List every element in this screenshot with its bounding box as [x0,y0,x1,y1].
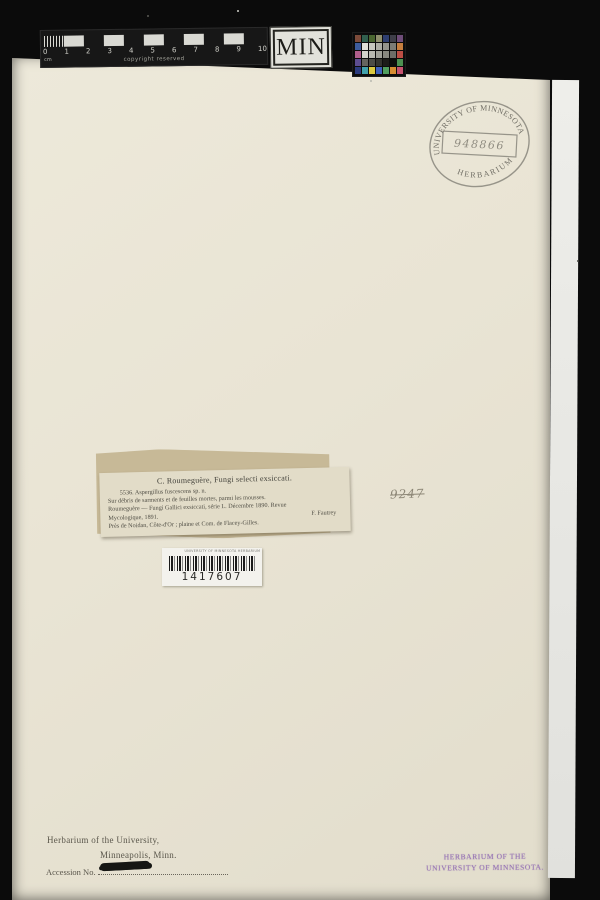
stamp-handwritten-number: 948866 [454,137,506,153]
barcode-microtext: UNIVERSITY OF MINNESOTA HERBARIUM [185,549,240,553]
ruler-number: 7 [193,46,198,54]
institution-line2: Minneapolis, Minn. [100,850,177,860]
ruler-number: 8 [215,46,220,54]
collector-signature: F. Fautrey [311,509,336,518]
color-patch [376,35,382,42]
barcode-number: 1417607 [162,571,262,583]
color-patch [369,67,375,74]
color-patch [383,35,389,42]
scale-bar: 012345678910 cm copyright reserved MIN [40,26,333,72]
color-patch [376,43,382,50]
color-patch [369,51,375,58]
color-patch [397,43,403,50]
cm-ruler: 012345678910 cm copyright reserved [40,27,269,68]
color-patch [390,35,396,42]
ruler-number: 1 [64,48,69,56]
purple-stamp-line2: UNIVERSITY OF MINNESOTA. [415,861,555,873]
color-patch [376,59,382,66]
dust-speck [237,10,239,12]
color-patch [355,43,361,50]
color-patch [376,67,382,74]
color-patch [362,67,368,74]
barcode-icon [169,556,255,571]
stamp-number-box: 948866 [442,131,517,157]
color-patch [390,67,396,74]
color-patch [355,59,361,66]
color-patch [390,51,396,58]
color-patch [355,51,361,58]
color-patch [397,67,403,74]
ruler-number: 2 [86,47,91,55]
color-patch [355,35,361,42]
accession-label: Accession No. [46,867,96,877]
herbarium-code-tag: MIN [270,26,333,69]
color-patch [383,59,389,66]
ruler-copyright: copyright reserved [41,55,267,64]
color-patch [362,35,368,42]
color-patch [383,43,389,50]
purple-ownership-stamp: HERBARIUM OF THE UNIVERSITY OF MINNESOTA… [415,850,555,873]
color-patch [369,35,375,42]
color-patch [397,59,403,66]
color-patch [390,59,396,66]
color-patch [362,43,368,50]
color-patch [369,59,375,66]
color-patch [362,51,368,58]
color-patch [376,51,382,58]
pencil-number-struck: 9247 [390,486,425,501]
ruler-number: 9 [236,45,241,53]
ruler-number: 6 [172,46,177,54]
ruler-number: 10 [258,45,267,53]
herbarium-sheet-photo: 012345678910 cm copyright reserved MIN U… [0,0,600,900]
barcode-label: UNIVERSITY OF MINNESOTA HERBARIUM 141760… [162,548,262,586]
color-patch [369,43,375,50]
color-calibration-card [352,32,406,77]
color-patch [397,35,403,42]
color-patch [383,67,389,74]
ruler-number: 3 [107,47,112,55]
institution-line1: Herbarium of the University, [47,835,159,845]
stamp-bottom-text: HERBARIUM [454,154,517,186]
ruler-number: 0 [43,48,48,56]
color-patch [355,67,361,74]
adjacent-paper-edge [548,80,579,878]
exsiccata-label: C. Roumeguère, Fungi selecti exsiccati. … [99,467,350,537]
ruler-mm-hatch [44,36,64,47]
ruler-number: 4 [129,47,134,55]
color-patch [397,51,403,58]
color-patch [383,51,389,58]
color-patch [362,59,368,66]
ruler-number: 5 [150,46,155,54]
color-patch [390,43,396,50]
herbarium-code-label: MIN [273,29,329,66]
